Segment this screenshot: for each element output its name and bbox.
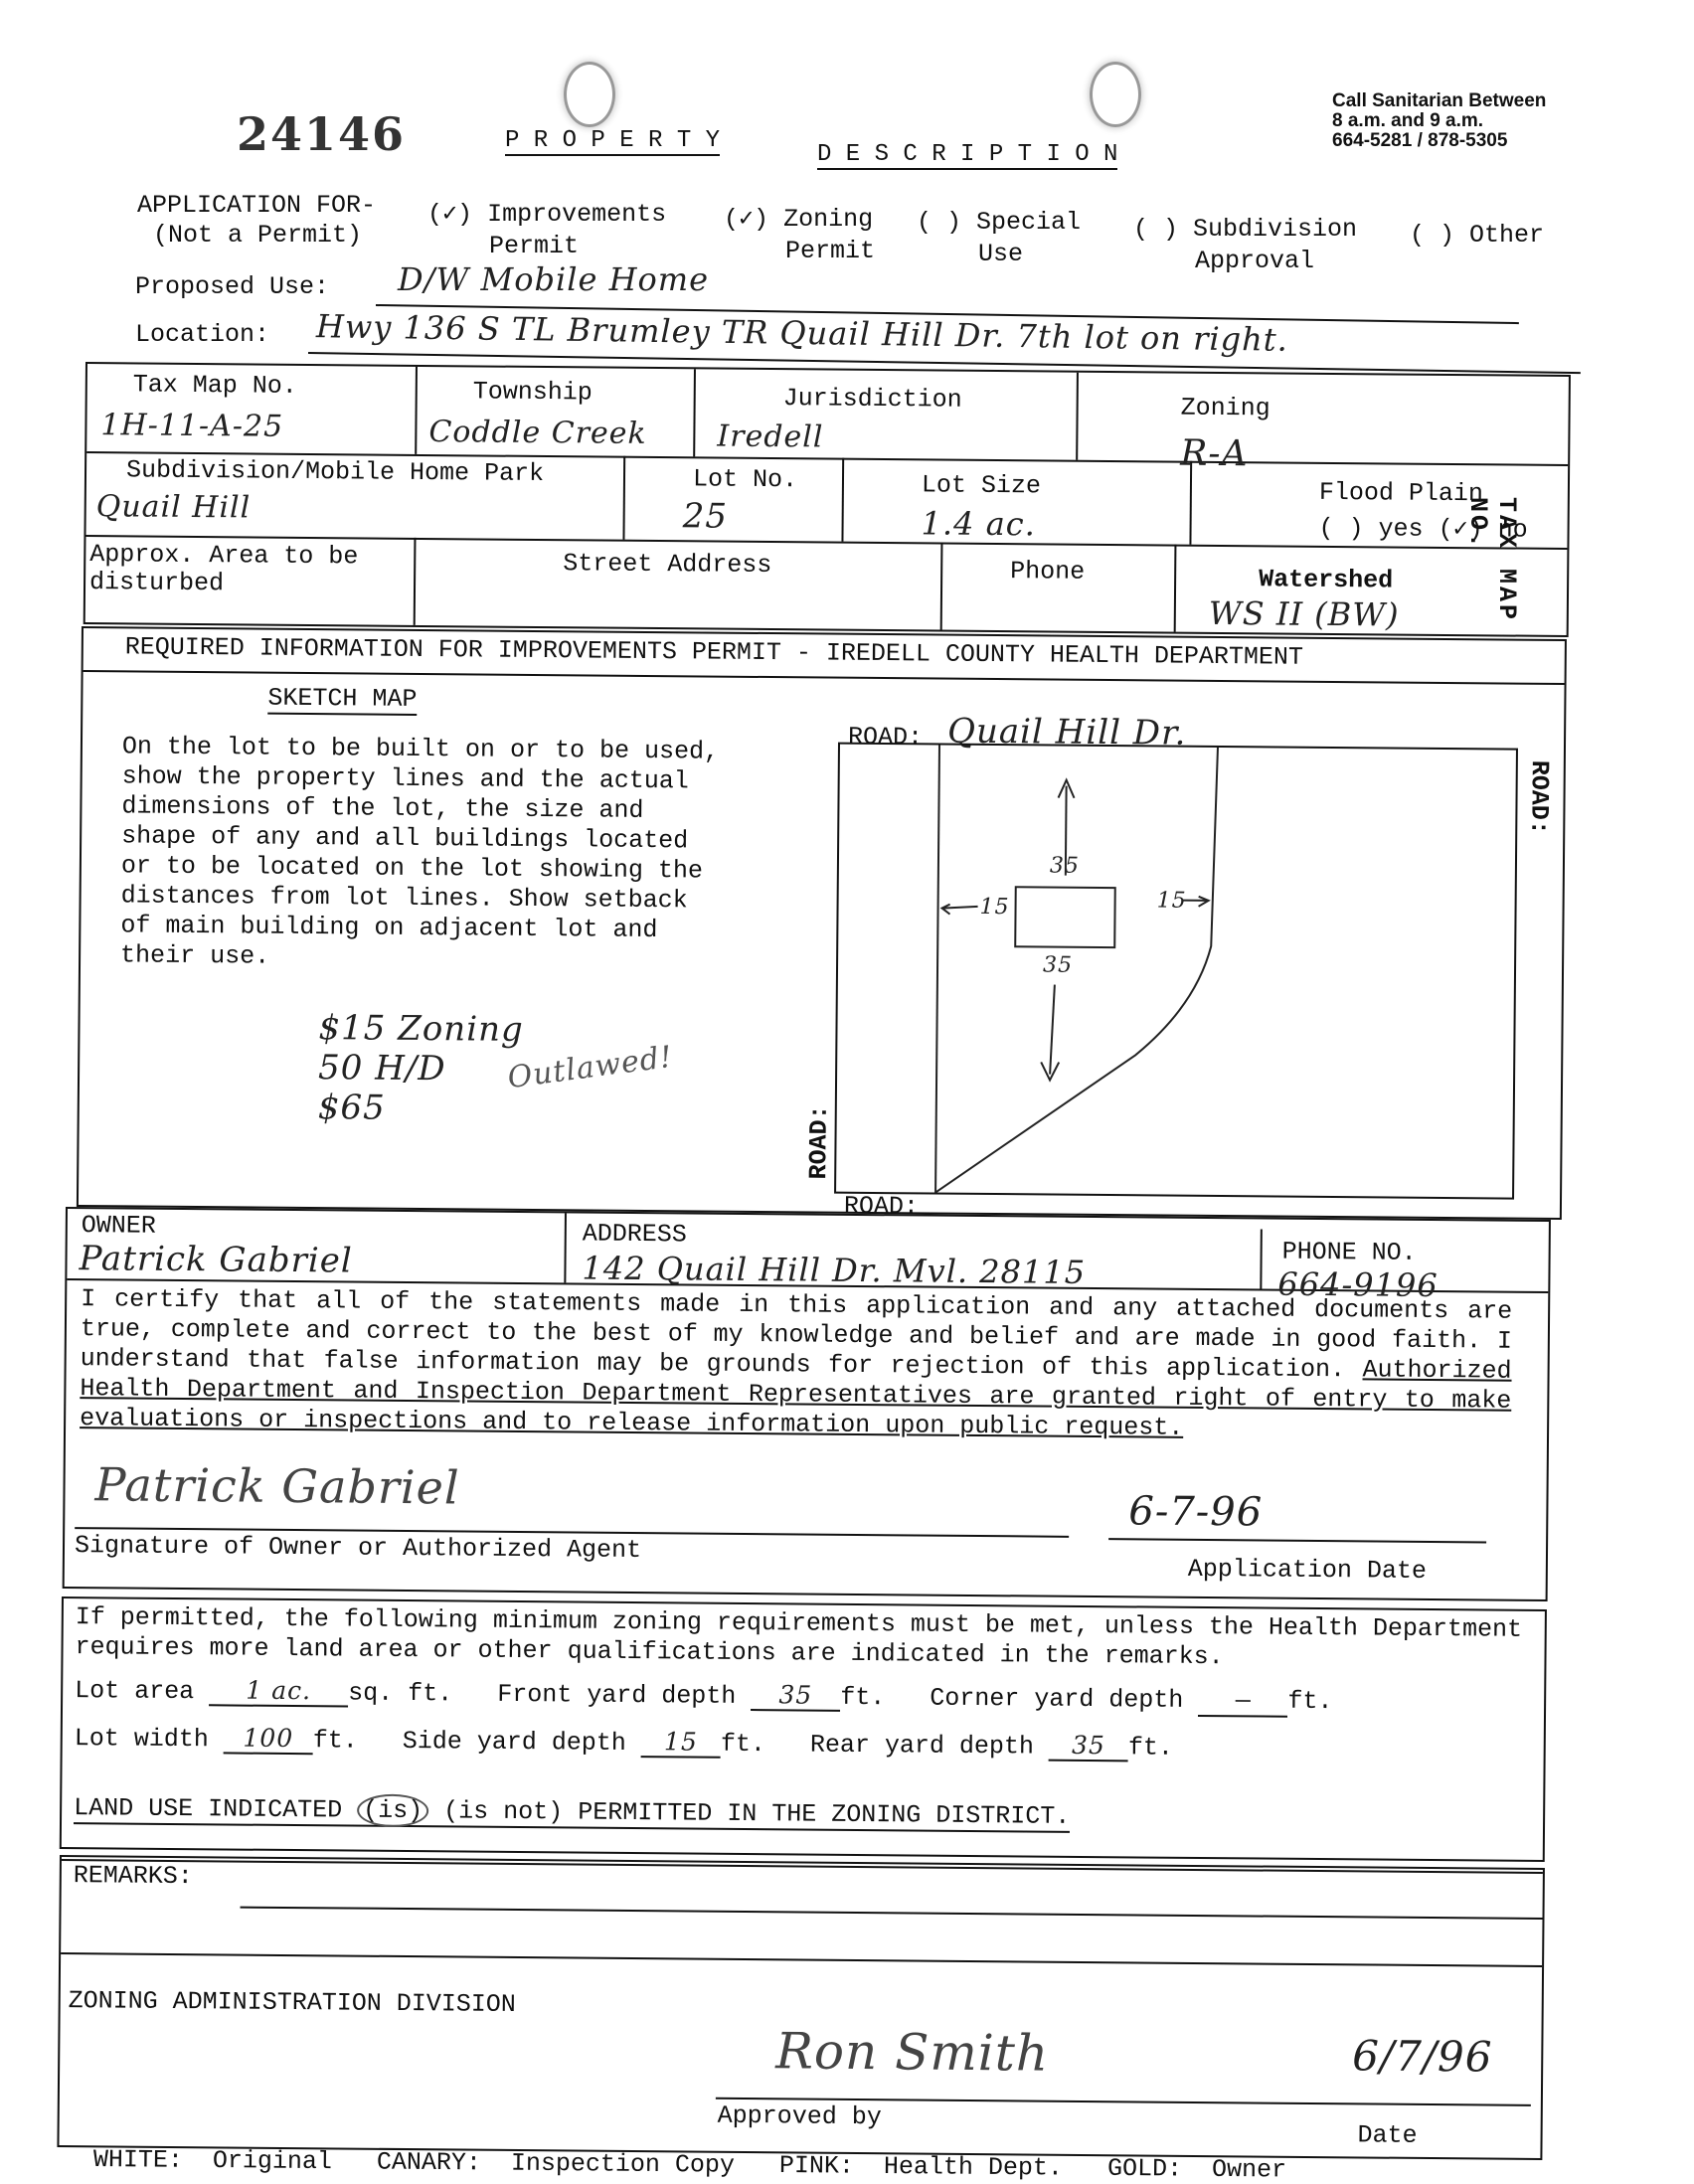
lot-width-value[interactable]: 100 — [224, 1723, 313, 1755]
land-use-statement: LAND USE INDICATED (is) (is not) PERMITT… — [74, 1793, 1070, 1833]
zoning-intro: If permitted, the following minimum zoni… — [75, 1602, 1536, 1675]
property-grid: Tax Map No. 1H-11-A-25 Township Coddle C… — [84, 362, 1571, 637]
watershed-value[interactable]: WS II (BW) — [1209, 594, 1400, 634]
punch-hole — [1090, 62, 1141, 127]
zoning-value[interactable]: R-A — [1180, 433, 1249, 475]
dim-left: 15 — [979, 895, 1009, 920]
location-label: Location: — [135, 320, 269, 349]
zoning-row-2: Lot width 100ft. Side yard depth 15ft. R… — [75, 1722, 1173, 1763]
jurisdiction-label: Jurisdiction — [783, 384, 962, 415]
flood-plain-label: Flood Plain — [1319, 478, 1483, 508]
sketch-map-title: SKETCH MAP — [267, 684, 417, 716]
lot-size-label: Lot Size — [922, 470, 1041, 500]
zoning-label: Zoning — [1181, 394, 1270, 423]
fee-annotation: Outlawed! — [506, 1040, 675, 1096]
location-value[interactable]: Hwy 136 S TL Brumley TR Quail Hill Dr. 7… — [316, 307, 1288, 359]
area-disturbed-label: Approx. Area to be disturbed — [89, 541, 408, 599]
option-subdivision[interactable]: ( ) SubdivisionApproval — [1133, 214, 1357, 277]
approved-by-label: Approved by — [718, 2101, 882, 2131]
sketch-map-box[interactable]: 35 35 15 15 — [834, 743, 1518, 1200]
lot-size-value[interactable]: 1.4 ac. — [921, 504, 1036, 543]
remarks-label: REMARKS: — [74, 1861, 193, 1891]
lot-no-label: Lot No. — [693, 464, 797, 494]
road-left-label: ROAD: — [804, 1104, 834, 1179]
owner-section: OWNER Patrick Gabriel ADDRESS 142 Quail … — [63, 1207, 1551, 1601]
required-banner: REQUIRED INFORMATION FOR IMPROVEMENTS PE… — [125, 632, 1303, 671]
owner-label: OWNER — [82, 1211, 156, 1241]
township-value[interactable]: Coddle Creek — [428, 415, 647, 451]
street-address-label: Street Address — [563, 549, 771, 580]
proposed-use-value[interactable]: D/W Mobile Home — [398, 260, 709, 298]
required-section: REQUIRED INFORMATION FOR IMPROVEMENTS PE… — [77, 626, 1567, 1220]
phone-no-label: PHONE NO. — [1282, 1238, 1417, 1267]
signature-label: Signature of Owner or Authorized Agent — [75, 1531, 641, 1565]
subdivision-label: Subdivision/Mobile Home Park — [126, 455, 544, 488]
address-label: ADDRESS — [583, 1220, 687, 1250]
lot-area-value[interactable]: 1 ac. — [209, 1675, 348, 1707]
watershed-label: Watershed — [1259, 565, 1393, 594]
tax-map-label: Tax Map No. — [133, 370, 297, 400]
lot-sketch — [836, 745, 1516, 1198]
proposed-use-label: Proposed Use: — [135, 272, 329, 301]
zoning-row-1: Lot area 1 ac.sq. ft. Front yard depth 3… — [75, 1674, 1333, 1718]
option-special-use[interactable]: ( ) SpecialUse — [917, 207, 1081, 270]
rear-yard-value[interactable]: 35 — [1049, 1731, 1128, 1763]
land-use-is-not[interactable]: (is not) — [443, 1796, 563, 1826]
subdivision-value[interactable]: Quail Hill — [96, 489, 252, 525]
owner-signature[interactable]: Patrick Gabriel — [94, 1457, 459, 1514]
title-description: D E S C R I P T I O N — [817, 141, 1117, 170]
side-yard-value[interactable]: 15 — [641, 1727, 721, 1759]
address-value[interactable]: 142 Quail Hill Dr. Mvl. 28115 — [582, 1250, 1086, 1291]
road-right-label: ROAD: — [1524, 760, 1554, 835]
fee-notes: $15 Zoning50 H/D$65 — [318, 1008, 524, 1129]
application-date-label: Application Date — [1188, 1555, 1427, 1586]
phone-label: Phone — [1010, 557, 1085, 587]
sanitarian-note: Call Sanitarian Between 8 a.m. and 9 a.m… — [1332, 91, 1546, 151]
option-improvements[interactable]: (✓) ImprovementsPermit — [427, 199, 666, 262]
dim-front: 35 — [1050, 854, 1080, 879]
remarks-section: REMARKS: ZONING ADMINISTRATION DIVISION … — [57, 1855, 1545, 2160]
tax-map-value[interactable]: 1H-11-A-25 — [100, 408, 283, 444]
approval-date-value[interactable]: 6/7/96 — [1352, 2031, 1493, 2081]
sketch-instructions: On the lot to be built on or to be used,… — [120, 732, 719, 975]
township-label: Township — [473, 377, 593, 407]
owner-value[interactable]: Patrick Gabriel — [79, 1239, 353, 1280]
dim-rear: 35 — [1043, 952, 1073, 977]
date-label: Date — [1357, 2120, 1417, 2150]
application-label: APPLICATION FOR- (Not a Permit) — [137, 191, 376, 251]
approver-signature[interactable]: Ron Smith — [775, 2022, 1049, 2082]
jurisdiction-value[interactable]: Iredell — [717, 420, 823, 455]
dim-right: 15 — [1157, 888, 1187, 913]
land-use-is-circled[interactable]: (is) — [357, 1794, 428, 1828]
lot-no-value[interactable]: 25 — [682, 496, 728, 536]
corner-yard-value[interactable]: — — [1198, 1686, 1287, 1718]
zoning-admin-division: ZONING ADMINISTRATION DIVISION — [69, 1986, 516, 2019]
certification-text: I certify that all of the statements mad… — [80, 1284, 1512, 1446]
option-zoning[interactable]: (✓) ZoningPermit — [724, 204, 875, 267]
form-number: 24146 — [237, 107, 406, 161]
zoning-requirements: If permitted, the following minimum zoni… — [60, 1596, 1547, 1862]
option-other[interactable]: ( ) Other — [1410, 221, 1544, 250]
punch-hole — [564, 62, 615, 127]
front-yard-value[interactable]: 35 — [751, 1680, 840, 1712]
title-property: P R O P E R T Y — [505, 127, 720, 156]
application-date-value[interactable]: 6-7-96 — [1128, 1488, 1263, 1535]
